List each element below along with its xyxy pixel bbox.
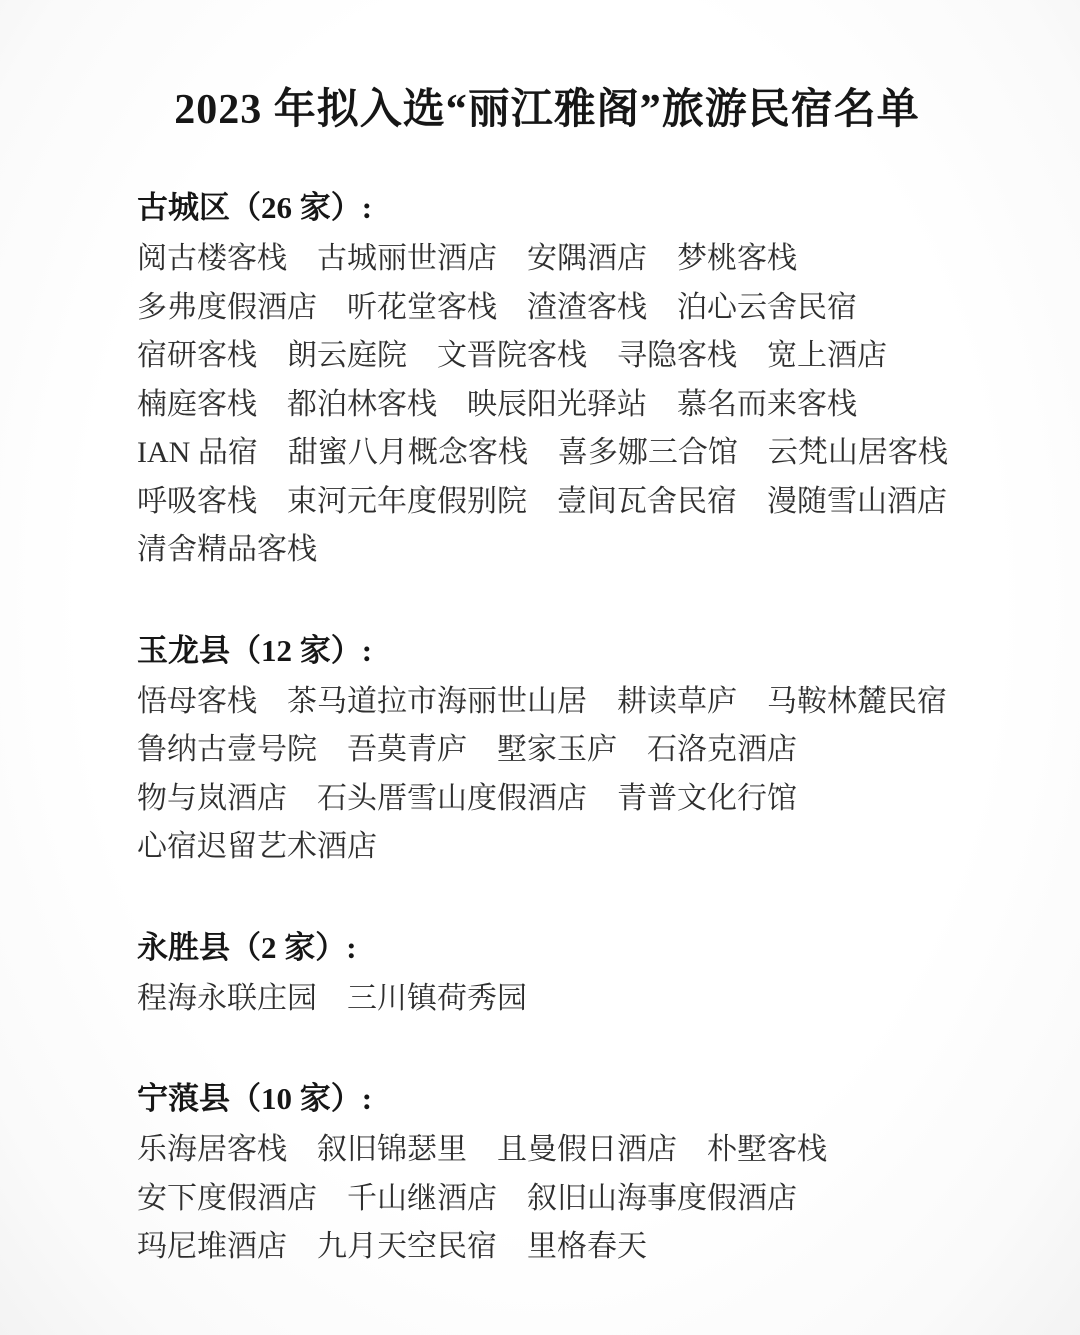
hotel-name: 梦桃客栈 (677, 235, 797, 284)
hotel-name: 千山继酒店 (347, 1175, 497, 1224)
hotel-name: 马鞍林麓民宿 (767, 678, 947, 727)
hotel-line: 鲁纳古壹号院吾莫青庐墅家玉庐石洛克酒店 (137, 726, 980, 775)
hotel-name: 慕名而来客栈 (677, 381, 857, 430)
hotel-name: 吾莫青庐 (347, 726, 467, 775)
hotel-name: 阅古楼客栈 (137, 235, 287, 284)
hotel-name: 朗云庭院 (287, 332, 407, 381)
hotel-name: 心宿迟留艺术酒店 (137, 823, 377, 872)
region-section: 永胜县（2 家）:程海永联庄园三川镇荷秀园 (137, 924, 980, 1024)
hotel-name: 宽上酒店 (767, 332, 887, 381)
hotel-line: 程海永联庄园三川镇荷秀园 (137, 975, 980, 1024)
hotel-name: 漫随雪山酒店 (767, 478, 947, 527)
region-section: 古城区（26 家）:阅古楼客栈古城丽世酒店安隅酒店梦桃客栈多弗度假酒店听花堂客栈… (137, 184, 980, 575)
hotel-line: 乐海居客栈叙旧锦瑟里且曼假日酒店朴墅客栈 (137, 1126, 980, 1175)
hotel-line: 安下度假酒店千山继酒店叙旧山海事度假酒店 (137, 1175, 980, 1224)
hotel-name: 青普文化行馆 (617, 775, 797, 824)
document-title: 2023 年拟入选“丽江雅阁”旅游民宿名单 (107, 86, 987, 134)
hotel-name: 石头厝雪山度假酒店 (317, 775, 587, 824)
hotel-name: 石洛克酒店 (647, 726, 797, 775)
hotel-name: 程海永联庄园 (137, 975, 317, 1024)
hotel-name: 甜蜜八月概念客栈 (288, 429, 528, 478)
hotel-name: 渣渣客栈 (527, 284, 647, 333)
hotel-line: 阅古楼客栈古城丽世酒店安隅酒店梦桃客栈 (137, 235, 980, 284)
hotel-name: 叙旧锦瑟里 (317, 1126, 467, 1175)
hotel-line: 清舍精品客栈 (137, 526, 980, 575)
hotel-name: 呼吸客栈 (137, 478, 257, 527)
document-page: 2023 年拟入选“丽江雅阁”旅游民宿名单 古城区（26 家）:阅古楼客栈古城丽… (0, 0, 1080, 1335)
hotel-name: 古城丽世酒店 (317, 235, 497, 284)
hotel-sections: 古城区（26 家）:阅古楼客栈古城丽世酒店安隅酒店梦桃客栈多弗度假酒店听花堂客栈… (137, 184, 980, 1272)
hotel-name: 文晋院客栈 (437, 332, 587, 381)
hotel-name: 茶马道拉市海丽世山居 (287, 678, 587, 727)
hotel-name: IAN 品宿 (137, 429, 258, 478)
hotel-name: 壹间瓦舍民宿 (557, 478, 737, 527)
section-heading: 永胜县（2 家）: (137, 924, 980, 972)
hotel-name: 楠庭客栈 (137, 381, 257, 430)
hotel-name: 安下度假酒店 (137, 1175, 317, 1224)
hotel-name: 乐海居客栈 (137, 1126, 287, 1175)
hotel-line: 物与岚酒店石头厝雪山度假酒店青普文化行馆 (137, 775, 980, 824)
hotel-name: 多弗度假酒店 (137, 284, 317, 333)
hotel-name: 寻隐客栈 (617, 332, 737, 381)
region-section: 玉龙县（12 家）:悟母客栈茶马道拉市海丽世山居耕读草庐马鞍林麓民宿鲁纳古壹号院… (137, 627, 980, 872)
hotel-line: 楠庭客栈都泊林客栈映辰阳光驿站慕名而来客栈 (137, 381, 980, 430)
hotel-name: 里格春天 (527, 1223, 647, 1272)
hotel-name: 映辰阳光驿站 (467, 381, 647, 430)
hotel-name: 玛尼堆酒店 (137, 1223, 287, 1272)
hotel-name: 耕读草庐 (617, 678, 737, 727)
hotel-line: 宿研客栈朗云庭院文晋院客栈寻隐客栈宽上酒店 (137, 332, 980, 381)
hotel-line: 多弗度假酒店听花堂客栈渣渣客栈泊心云舍民宿 (137, 284, 980, 333)
region-section: 宁蒗县（10 家）:乐海居客栈叙旧锦瑟里且曼假日酒店朴墅客栈安下度假酒店千山继酒… (137, 1075, 980, 1272)
hotel-name: 叙旧山海事度假酒店 (527, 1175, 797, 1224)
hotel-name: 宿研客栈 (137, 332, 257, 381)
hotel-line: IAN 品宿甜蜜八月概念客栈喜多娜三合馆云梵山居客栈 (137, 429, 980, 478)
hotel-name: 云梵山居客栈 (768, 429, 948, 478)
hotel-name: 都泊林客栈 (287, 381, 437, 430)
hotel-name: 九月天空民宿 (317, 1223, 497, 1272)
section-heading: 宁蒗县（10 家）: (137, 1075, 980, 1123)
hotel-name: 鲁纳古壹号院 (137, 726, 317, 775)
hotel-name: 三川镇荷秀园 (347, 975, 527, 1024)
hotel-line: 呼吸客栈束河元年度假别院壹间瓦舍民宿漫随雪山酒店 (137, 478, 980, 527)
section-heading: 玉龙县（12 家）: (137, 627, 980, 675)
hotel-name: 清舍精品客栈 (137, 526, 317, 575)
hotel-name: 听花堂客栈 (347, 284, 497, 333)
hotel-line: 心宿迟留艺术酒店 (137, 823, 980, 872)
hotel-line: 玛尼堆酒店九月天空民宿里格春天 (137, 1223, 980, 1272)
hotel-name: 朴墅客栈 (707, 1126, 827, 1175)
hotel-name: 喜多娜三合馆 (558, 429, 738, 478)
hotel-line: 悟母客栈茶马道拉市海丽世山居耕读草庐马鞍林麓民宿 (137, 678, 980, 727)
hotel-name: 悟母客栈 (137, 678, 257, 727)
hotel-name: 物与岚酒店 (137, 775, 287, 824)
hotel-name: 束河元年度假别院 (287, 478, 527, 527)
hotel-name: 安隅酒店 (527, 235, 647, 284)
hotel-name: 泊心云舍民宿 (677, 284, 857, 333)
hotel-name: 且曼假日酒店 (497, 1126, 677, 1175)
hotel-name: 墅家玉庐 (497, 726, 617, 775)
section-heading: 古城区（26 家）: (137, 184, 980, 232)
